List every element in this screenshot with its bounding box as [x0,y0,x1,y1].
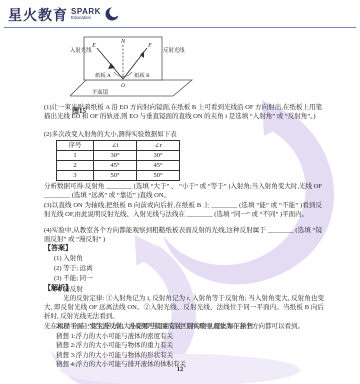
col-header-angle-i: ∠i [94,141,137,151]
label-board-a: 纸板 A [95,71,111,79]
question-part2: (2)多次改变入射角的大小,测得实验数据如下表 [44,130,322,139]
brand-name-en: SPARK Education [71,8,101,21]
worksheet-page: 星火教育 SPARK Education [0,0,360,384]
label-point-e: E [91,43,96,49]
table-header-row: 序号 ∠i ∠r [57,141,180,151]
brand-education-label: Education [71,16,101,21]
cell-r-1: 30° [137,151,180,161]
table-row: 1 30° 30° [57,151,180,161]
cell-index-3: 3 [57,171,94,181]
table-row: 3 50° 50° [57,171,180,181]
cell-index-2: 2 [57,161,94,171]
table-row: 2 45° 45° [57,161,180,171]
label-point-f: F [147,43,152,49]
answer-item-2: (2) 等于; 远离 [54,265,324,274]
analysis-text: 分析数据可得:反射角 ________ (选填 “大于” 、 “小于” 或 “等… [44,182,322,200]
cell-r-2: 45° [137,161,180,171]
label-plane-mirror: 平面镜 [92,88,109,96]
explanation-paragraph-1: 光的反射定律: ①入射角记为 i, 反射角记为 r, 入射角等于反射角; 当入射… [44,294,324,322]
question-part4: (4)实验中,从教室各个方向都能观察到粗糙纸板表面反射的光线,这种反射属于 __… [44,226,322,244]
cell-i-2: 45° [94,161,137,171]
question-part3: (3)以直线 ON 为轴线,把纸板 B 向前或向后折,在纸板 B 上 _____… [44,201,322,219]
question-part1: (1)让一束光贴着纸板 A 沿 EO 方向射向镜面,在纸板 B 上可看到光线沿 … [44,103,322,121]
answer-item-3: (3) 不能; 同一 [54,275,324,284]
answer-item-1: (1) 入射角 [54,255,324,264]
header-divider [4,27,356,28]
guess-2: 猜想 2:浮力的大小可能与物体的重力有关 [56,342,324,351]
cell-r-3: 50° [137,171,180,181]
label-point-o: O [121,83,125,89]
crescent-moon-icon [104,6,120,27]
plane-mirror-surface [70,80,192,96]
experiment-data-table: 序号 ∠i ∠r 1 30° 30° 2 45° 45° 3 50° 50° [56,140,180,181]
label-incident-ray: 入射光线 [70,46,92,54]
brand-name-cn: 星火教育 [8,5,68,25]
header: 星火教育 SPARK Education [8,5,120,27]
cell-index-1: 1 [57,151,94,161]
col-header-angle-r: ∠r [137,141,180,151]
page-number: 12 [0,366,360,373]
cell-i-3: 50° [94,171,137,181]
question-26-intro: 26.(7 分)在 “探究浮力的大小跟哪些因素有关” 的实验中,提出如下猜想 [56,323,324,332]
label-reflected-ray: 反射光线 [163,46,185,54]
guess-3: 猜想 3:浮力的大小可能与物体的形状有关 [56,352,324,361]
answer-title: 【答案】 [44,244,324,253]
explanation-title: 【解析】 [44,284,324,294]
col-header-index: 序号 [57,141,94,151]
question-26: 26.(7 分)在 “探究浮力的大小跟哪些因素有关” 的实验中,提出如下猜想 猜… [56,323,324,370]
label-board-b: 纸板 B [134,71,150,79]
cell-i-1: 30° [94,151,137,161]
guess-1: 猜想 1:浮力的大小可能与液体的密度有关 [56,333,324,342]
